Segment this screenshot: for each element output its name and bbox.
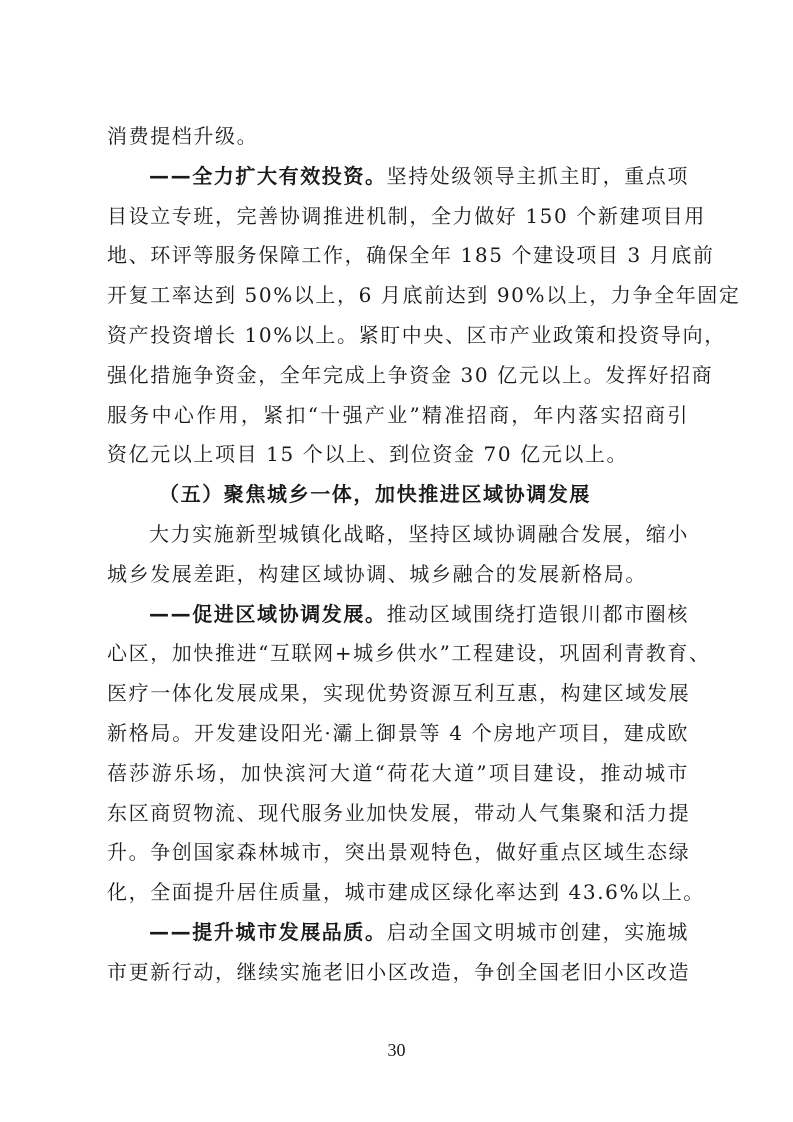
line-text: 推动区域围绕打造银川都市圈核 <box>387 602 689 626</box>
line-text: 大力实施新型城镇化战略，坚持区域协调融合发展，缩小 <box>149 522 689 546</box>
text-line: 地、环评等服务保障工作，确保全年 185 个建设项目 3 月底前 <box>107 236 689 276</box>
text-line: 市更新行动，继续实施老旧小区改造，争创全国老旧小区改造 <box>107 953 689 993</box>
line-text: 蓓莎游乐场，加快滨河大道“荷花大道”项目建设，推动城市 <box>107 761 689 785</box>
subsection-title: ——促进区域协调发展。 <box>149 602 387 626</box>
line-text: 城乡发展差距，构建区域协调、城乡融合的发展新格局。 <box>107 562 647 586</box>
line-text: 强化措施争资金，全年完成上争资金 30 亿元以上。发挥好招商 <box>107 363 713 387</box>
text-line: 城乡发展差距，构建区域协调、城乡融合的发展新格局。 <box>107 555 689 595</box>
line-text: 升。争创国家森林城市，突出景观特色，做好重点区域生态绿 <box>107 840 690 864</box>
text-line: 资亿元以上项目 15 个以上、到位资金 70 亿元以上。 <box>107 435 689 475</box>
line-text: 地、环评等服务保障工作，确保全年 185 个建设项目 3 月底前 <box>107 243 715 267</box>
text-line: 目设立专班，完善协调推进机制，全力做好 150 个新建项目用 <box>107 197 689 237</box>
text-line: 医疗一体化发展成果，实现优势资源互利互惠，构建区域发展 <box>107 674 689 714</box>
text-line: 服务中心作用，紧扣“十强产业”精准招商，年内落实招商引 <box>107 396 689 436</box>
text-line: 升。争创国家森林城市，突出景观特色，做好重点区域生态绿 <box>107 833 689 873</box>
line-text: 化，全面提升居住质量，城市建成区绿化率达到 43.6%以上。 <box>107 880 705 904</box>
section-heading: （五）聚焦城乡一体，加快推进区域协调发展 <box>107 475 689 515</box>
line-text: 开复工率达到 50%以上，6 月底前达到 90%以上，力争全年固定 <box>107 283 741 307</box>
line-text: 资产投资增长 10%以上。紧盯中央、区市产业政策和投资导向， <box>107 323 726 347</box>
text-line: 大力实施新型城镇化战略，坚持区域协调融合发展，缩小 <box>107 515 689 555</box>
line-text: 启动全国文明城市创建，实施城 <box>387 920 689 944</box>
text-line: 资产投资增长 10%以上。紧盯中央、区市产业政策和投资导向， <box>107 316 689 356</box>
line-text: 市更新行动，继续实施老旧小区改造，争创全国老旧小区改造 <box>107 960 690 984</box>
line-text: 坚持处级领导主抓主盯，重点项 <box>387 164 689 188</box>
page-number: 30 <box>0 1040 793 1061</box>
subsection-title: ——提升城市发展品质。 <box>149 920 387 944</box>
text-line: 消费提档升级。 <box>107 117 689 157</box>
text-line: 化，全面提升居住质量，城市建成区绿化率达到 43.6%以上。 <box>107 873 689 913</box>
text-line: 心区，加快推进“互联网+城乡供水”工程建设，巩固利青教育、 <box>107 634 689 674</box>
subsection-title: ——全力扩大有效投资。 <box>149 164 387 188</box>
line-text: 心区，加快推进“互联网+城乡供水”工程建设，巩固利青教育、 <box>107 641 711 665</box>
document-body: 消费提档升级。 ——全力扩大有效投资。坚持处级领导主抓主盯，重点项 目设立专班，… <box>107 117 689 993</box>
subsection-line: ——促进区域协调发展。推动区域围绕打造银川都市圈核 <box>107 595 689 635</box>
text-line: 强化措施争资金，全年完成上争资金 30 亿元以上。发挥好招商 <box>107 356 689 396</box>
line-text: 医疗一体化发展成果，实现优势资源互利互惠，构建区域发展 <box>107 681 690 705</box>
line-text: 服务中心作用，紧扣“十强产业”精准招商，年内落实招商引 <box>107 403 689 427</box>
text-line: 蓓莎游乐场，加快滨河大道“荷花大道”项目建设，推动城市 <box>107 754 689 794</box>
subsection-line: ——全力扩大有效投资。坚持处级领导主抓主盯，重点项 <box>107 157 689 197</box>
subsection-line: ——提升城市发展品质。启动全国文明城市创建，实施城 <box>107 913 689 953</box>
line-text: 目设立专班，完善协调推进机制，全力做好 150 个新建项目用 <box>107 204 706 228</box>
line-text: 资亿元以上项目 15 个以上、到位资金 70 亿元以上。 <box>107 442 628 466</box>
heading-text: （五）聚焦城乡一体，加快推进区域协调发展 <box>159 482 591 506</box>
text-line: 东区商贸物流、现代服务业加快发展，带动人气集聚和活力提 <box>107 794 689 834</box>
text-line: 新格局。开发建设阳光·灞上御景等 4 个房地产项目，建成欧 <box>107 714 689 754</box>
line-text: 东区商贸物流、现代服务业加快发展，带动人气集聚和活力提 <box>107 801 690 825</box>
text-line: 开复工率达到 50%以上，6 月底前达到 90%以上，力争全年固定 <box>107 276 689 316</box>
line-text: 新格局。开发建设阳光·灞上御景等 4 个房地产项目，建成欧 <box>107 721 689 745</box>
line-text: 消费提档升级。 <box>107 124 258 148</box>
